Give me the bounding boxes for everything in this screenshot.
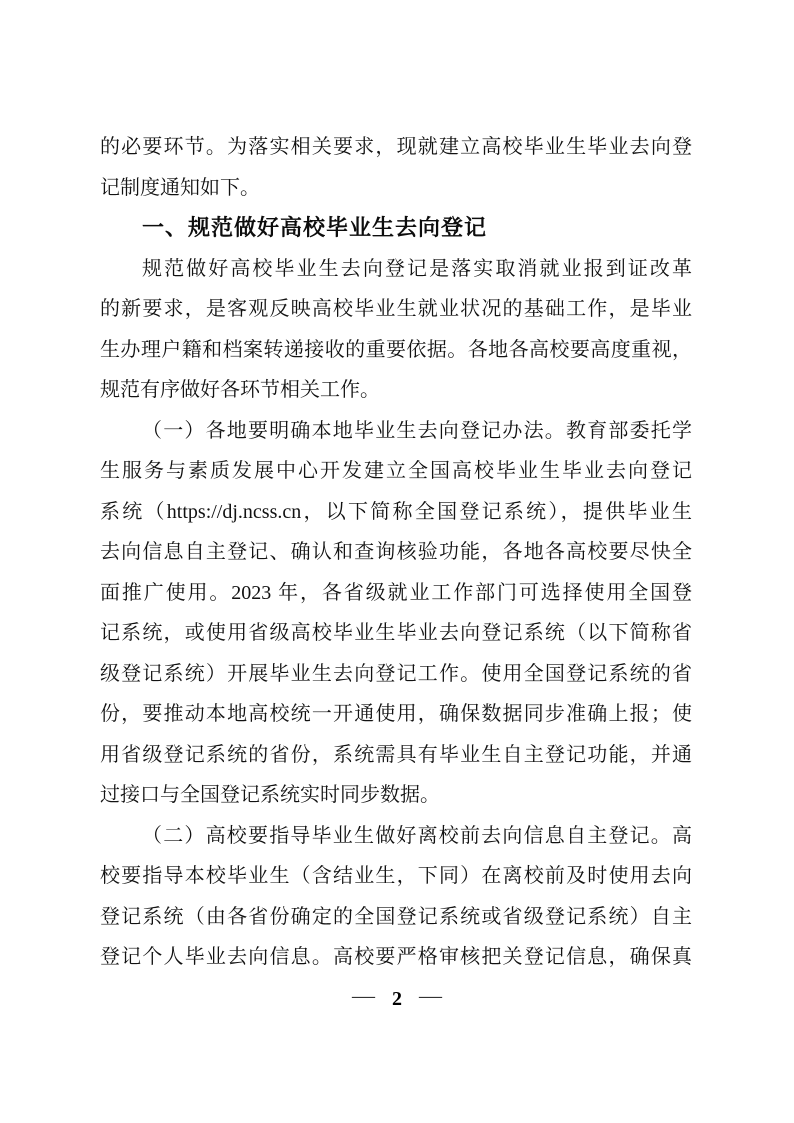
text-line: 的新要求，是客观反映高校毕业生就业状况的基础工作，是毕业 bbox=[100, 289, 692, 330]
text-line: 用省级登记系统的省份，系统需具有毕业生自主登记功能，并通 bbox=[100, 735, 692, 776]
text-line: 生服务与素质发展中心开发建立全国高校毕业生毕业去向登记 bbox=[100, 451, 692, 492]
text-line: 规范有序做好各环节相关工作。 bbox=[100, 370, 692, 411]
text-line: 规范做好高校毕业生去向登记是落实取消就业报到证改革 bbox=[100, 249, 692, 290]
text-line: 生办理户籍和档案转递接收的重要依据。各地各高校要高度重视， bbox=[100, 330, 692, 371]
text-line: 登记个人毕业去向信息。高校要严格审核把关登记信息，确保真 bbox=[100, 937, 692, 978]
text-line: 系统（https://dj.ncss.cn，以下简称全国登记系统），提供毕业生 bbox=[100, 492, 692, 533]
text-line: （一）各地要明确本地毕业生去向登记办法。教育部委托学 bbox=[100, 411, 692, 452]
document-page: 的必要环节。为落实相关要求，现就建立高校毕业生毕业去向登记制度通知如下。一、规范… bbox=[0, 0, 794, 1123]
text-line: 份，要推动本地高校统一开通使用，确保数据同步准确上报；使 bbox=[100, 694, 692, 735]
footer-left-dash: — bbox=[352, 983, 375, 1008]
section-heading: 一、规范做好高校毕业生去向登记 bbox=[100, 208, 692, 249]
text-line: 级登记系统）开展毕业生去向登记工作。使用全国登记系统的省 bbox=[100, 654, 692, 695]
text-line: 记系统，或使用省级高校毕业生毕业去向登记系统（以下简称省 bbox=[100, 613, 692, 654]
footer-right-dash: — bbox=[419, 983, 442, 1008]
text-line: 登记系统（由各省份确定的全国登记系统或省级登记系统）自主 bbox=[100, 897, 692, 938]
text-line: 校要指导本校毕业生（含结业生，下同）在离校前及时使用去向 bbox=[100, 856, 692, 897]
text-line: 去向信息自主登记、确认和查询核验功能，各地各高校要尽快全 bbox=[100, 532, 692, 573]
text-line: 面推广使用。2023 年，各省级就业工作部门可选择使用全国登 bbox=[100, 573, 692, 614]
page-number: 2 bbox=[392, 984, 402, 1014]
document-body: 的必要环节。为落实相关要求，现就建立高校毕业生毕业去向登记制度通知如下。一、规范… bbox=[100, 127, 692, 978]
text-line: 记制度通知如下。 bbox=[100, 168, 692, 209]
text-line: 过接口与全国登记系统实时同步数据。 bbox=[100, 775, 692, 816]
text-line: （二）高校要指导毕业生做好离校前去向信息自主登记。高 bbox=[100, 816, 692, 857]
page-footer: — 2 — bbox=[0, 983, 794, 1013]
text-line: 的必要环节。为落实相关要求，现就建立高校毕业生毕业去向登 bbox=[100, 127, 692, 168]
